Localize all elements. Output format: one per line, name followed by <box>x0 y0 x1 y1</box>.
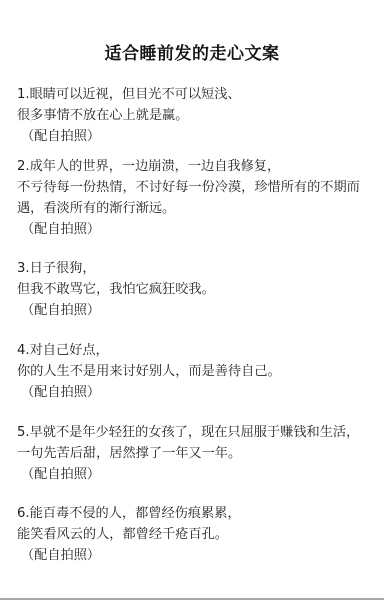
quote-line: 遇，看淡所有的渐行渐远。 <box>17 198 377 219</box>
quote-line: 能笑看风云的人，都曾经千疮百孔。 <box>17 524 377 545</box>
quote-note: （配自拍照） <box>17 464 377 485</box>
quote-line: 6.能百毒不侵的人，都曾经伤痕累累， <box>17 503 377 524</box>
quote-note: （配自拍照） <box>17 545 377 566</box>
quote-note: （配自拍照） <box>17 126 377 147</box>
quote-note: （配自拍照） <box>17 382 377 403</box>
quote-note: （配自拍照） <box>17 300 377 321</box>
quote-item-4: 4.对自己好点， 你的人生不是用来讨好别人，而是善待自己。 （配自拍照） <box>17 340 377 403</box>
quote-line: 但我不敢骂它，我怕它疯狂咬我。 <box>17 279 377 300</box>
quote-note: （配自拍照） <box>17 219 377 240</box>
quote-line: 很多事情不放在心上就是赢。 <box>17 105 377 126</box>
quote-item-3: 3.日子很狗， 但我不敢骂它，我怕它疯狂咬我。 （配自拍照） <box>17 258 377 321</box>
quote-line: 3.日子很狗， <box>17 258 377 279</box>
quote-line: 你的人生不是用来讨好别人，而是善待自己。 <box>17 361 377 382</box>
quote-item-2: 2.成年人的世界，一边崩溃，一边自我修复， 不亏待每一份热情，不讨好每一份冷漠，… <box>17 156 377 240</box>
quote-line: 1.眼睛可以近视，但目光不可以短浅、 <box>17 84 377 105</box>
quote-line: 5.早就不是年少轻狂的女孩了，现在只屈服于赚钱和生活， <box>17 422 377 443</box>
quote-line: 4.对自己好点， <box>17 340 377 361</box>
quote-line: 不亏待每一份热情，不讨好每一份冷漠，珍惜所有的不期而 <box>17 177 377 198</box>
quote-item-1: 1.眼睛可以近视，但目光不可以短浅、 很多事情不放在心上就是赢。 （配自拍照） <box>17 84 377 147</box>
quote-line: 一句先苦后甜，居然撑了一年又一年。 <box>17 443 377 464</box>
quote-item-5: 5.早就不是年少轻狂的女孩了，现在只屈服于赚钱和生活， 一句先苦后甜，居然撑了一… <box>17 422 377 485</box>
page-title: 适合睡前发的走心文案 <box>0 39 384 64</box>
quote-line: 2.成年人的世界，一边崩溃，一边自我修复， <box>17 156 377 177</box>
quote-item-6: 6.能百毒不侵的人，都曾经伤痕累累， 能笑看风云的人，都曾经千疮百孔。 （配自拍… <box>17 503 377 566</box>
